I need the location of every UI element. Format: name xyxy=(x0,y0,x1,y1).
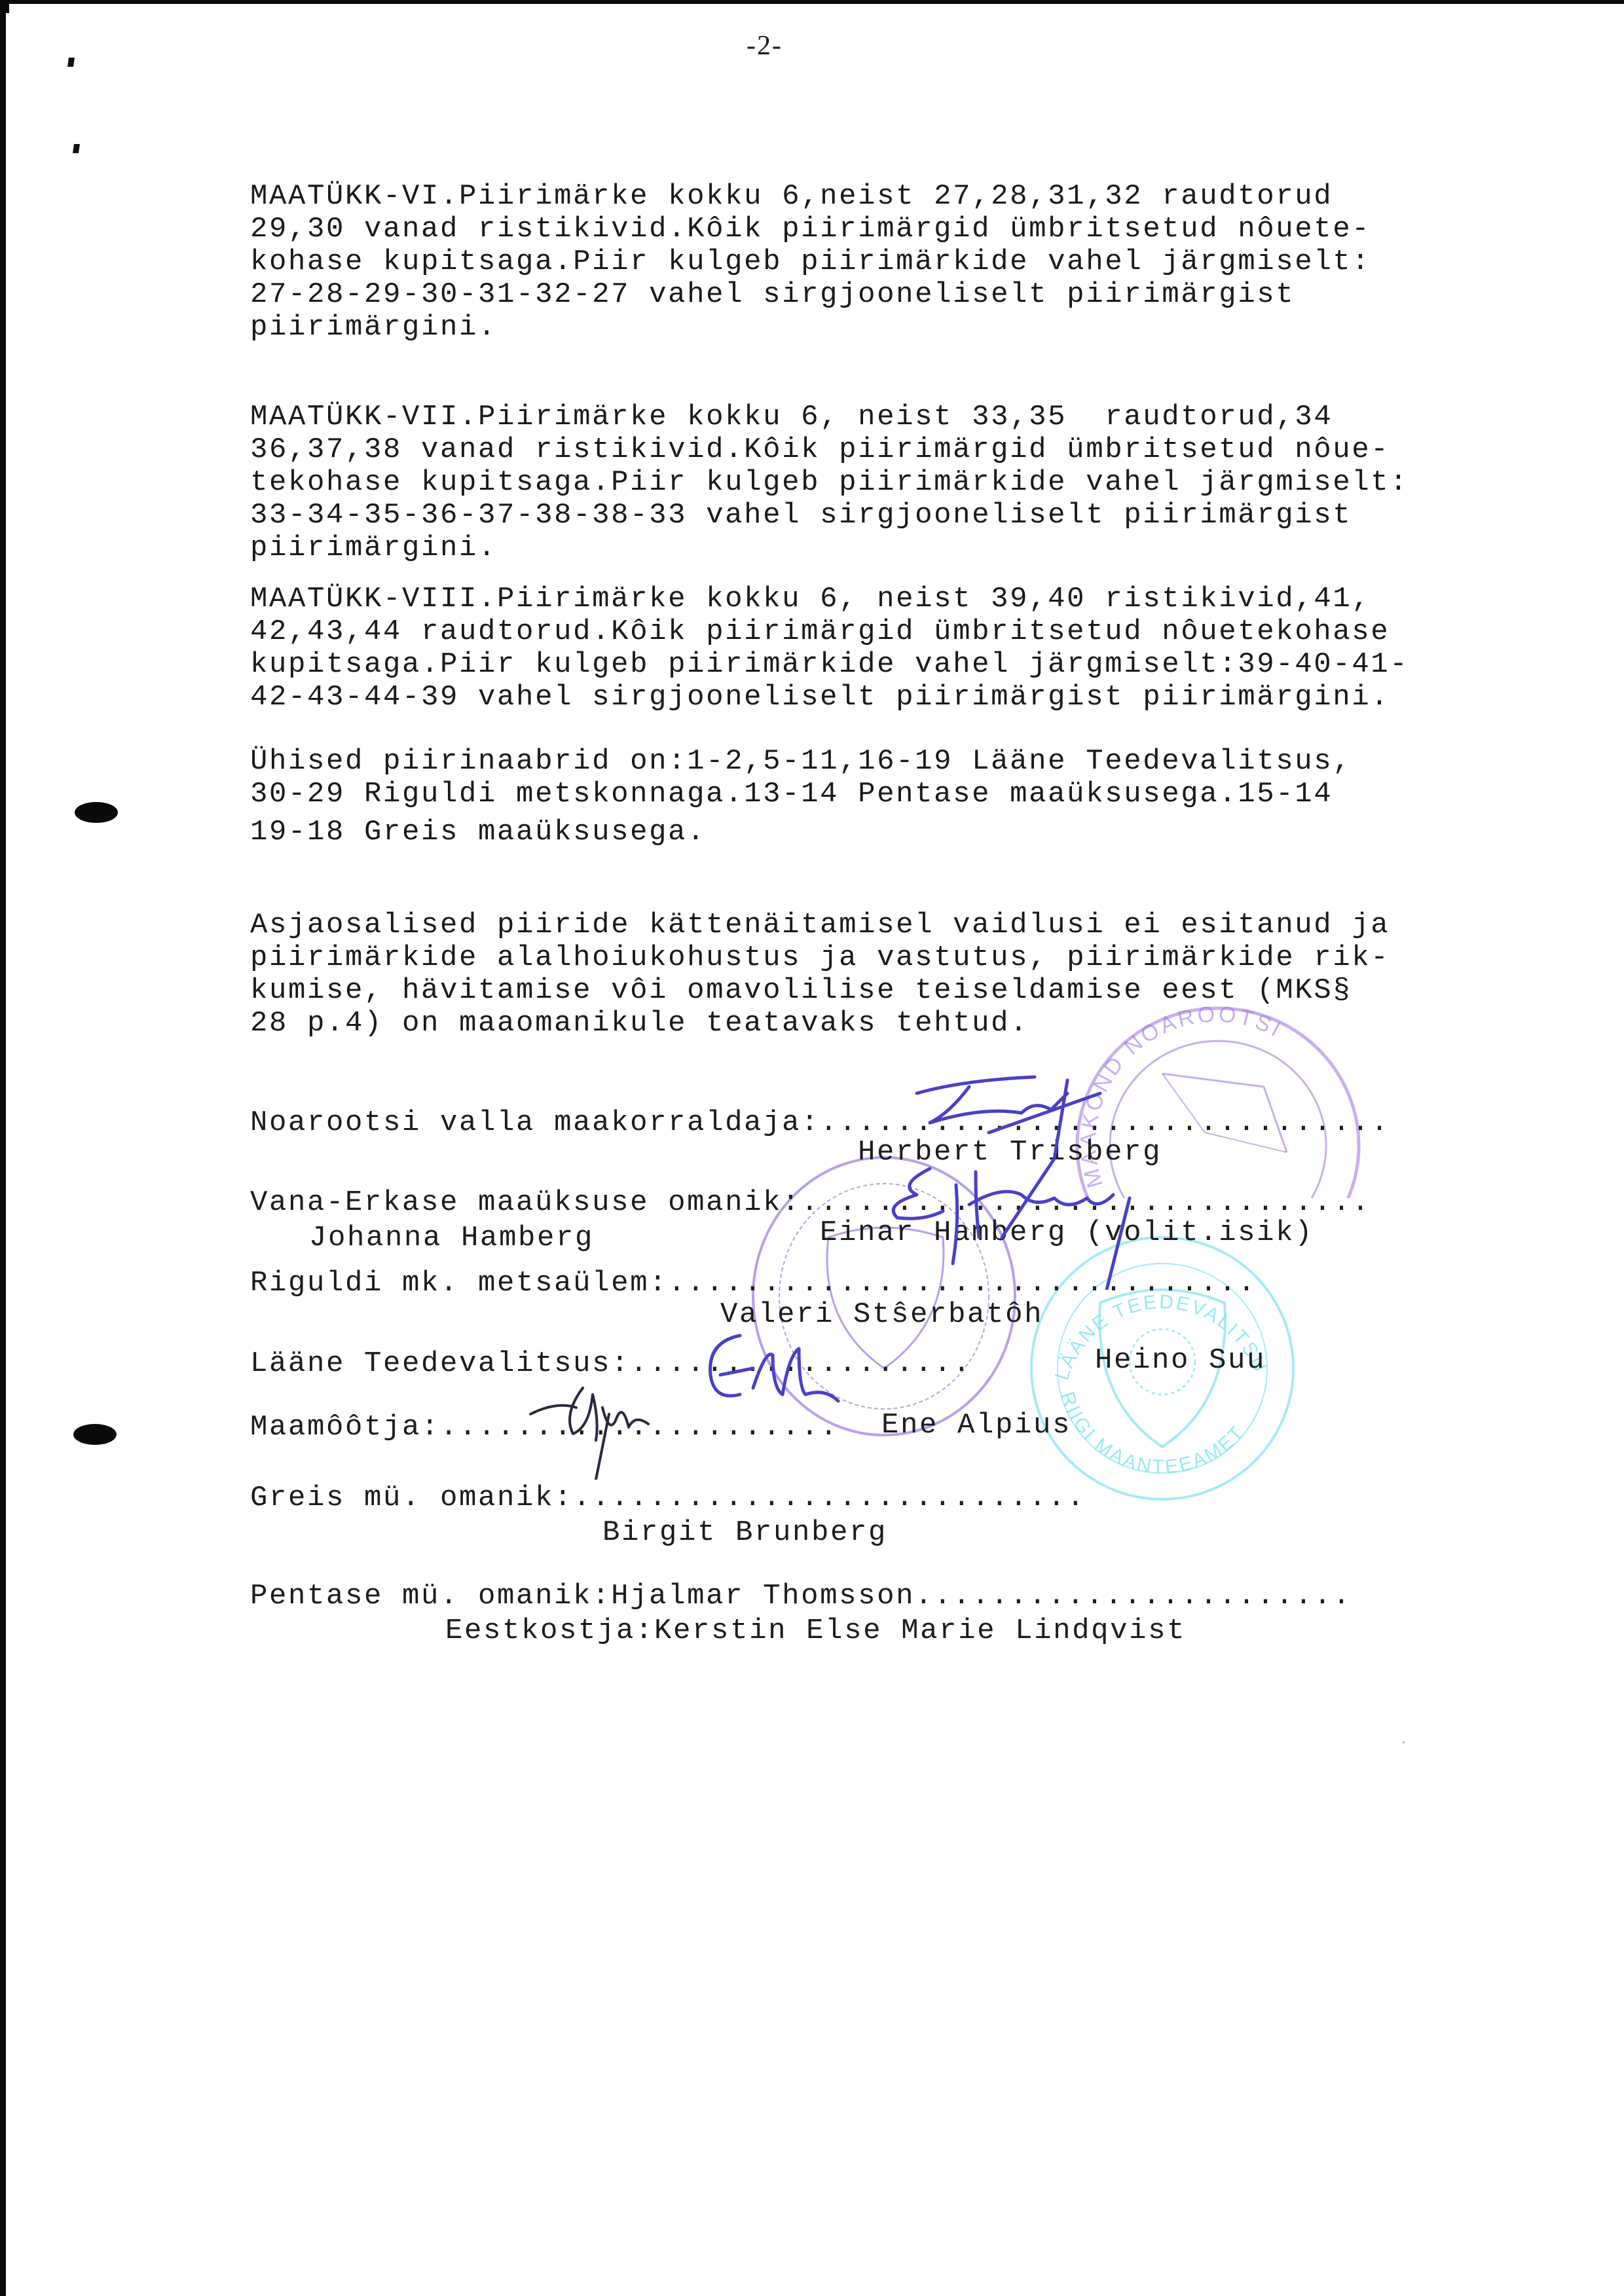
representative-name-einar-hamberg: Einar Hamberg (volit.isik) xyxy=(820,1216,1314,1249)
text-line: piirimärgini. xyxy=(250,532,1409,564)
text-line: MAATÜKK-VII.Piirimärke kokku 6, neist 33… xyxy=(250,401,1409,433)
section-responsibility: Asjaosalised piiride kättenäitamisel vai… xyxy=(250,909,1390,1040)
signature-role-land-surveyor: Maamôôtja:..................... xyxy=(250,1411,839,1444)
page-number: -2- xyxy=(747,30,783,62)
scan-border-left xyxy=(0,0,6,2296)
text-line: piirimärgini. xyxy=(250,311,1371,344)
text-line: 42,43,44 raudtorud.Kôik piirimärgid ümbr… xyxy=(250,615,1409,648)
signature-role-vana-erkase-owner: Vana-Erkase maaüksuse omanik:...........… xyxy=(250,1186,1371,1219)
text-line: kupitsaga.Piir kulgeb piirimärkide vahel… xyxy=(250,648,1409,681)
owner-name-johanna-hamberg: Johanna Hamberg xyxy=(309,1222,594,1254)
punch-hole xyxy=(73,1424,117,1445)
text-line: MAATÜKK-VIII.Piirimärke kokku 6, neist 3… xyxy=(250,583,1409,615)
text-line: kohase kupitsaga.Piir kulgeb piirimärkid… xyxy=(250,246,1371,278)
margin-tick-mark xyxy=(73,144,80,153)
scan-border-top xyxy=(0,0,1624,4)
section-parcel-vii: MAATÜKK-VII.Piirimärke kokku 6, neist 33… xyxy=(250,401,1409,564)
text-line: piirimärkide alalhoiukohustus ja vastutu… xyxy=(250,941,1390,974)
road-stamp-text-bottom: RIIGI MAANTEEAMET xyxy=(1056,1389,1249,1478)
svg-text:RIIGI MAANTEEAMET: RIIGI MAANTEEAMET xyxy=(1056,1389,1249,1478)
text-line: 29,30 vanad ristikivid.Kôik piirimärgid … xyxy=(250,213,1371,246)
margin-tick-mark xyxy=(67,58,75,67)
signature-role-laane-road-administration: Lääne Teedevalitsus:.................. xyxy=(250,1347,972,1380)
punch-hole xyxy=(75,802,118,823)
signature-role-pentase-owner: Pentase mü. omanik:Hjalmar Thomsson.....… xyxy=(250,1580,1352,1613)
text-line: 27-28-29-30-31-32-27 vahel sirgjoonelise… xyxy=(250,278,1371,311)
paper-speck xyxy=(1403,1741,1405,1743)
text-line: Asjaosalised piiride kättenäitamisel vai… xyxy=(250,909,1390,941)
text-line: tekohase kupitsaga.Piir kulgeb piirimärk… xyxy=(250,466,1409,499)
text-line: MAATÜKK-VI.Piirimärke kokku 6,neist 27,2… xyxy=(250,180,1371,213)
text-line: 28 p.4) on maaomanikule teatavaks tehtud… xyxy=(250,1007,1390,1040)
signatory-name-herbert-trisberg: Herbert Trisberg xyxy=(858,1136,1162,1169)
text-line: 36,37,38 vanad ristikivid.Kôik piirimärg… xyxy=(250,433,1409,466)
signatory-name-valeri-stserbatoh: Valeri Stŝerbatôh xyxy=(720,1298,1043,1331)
signatory-name-ene-alpius: Ene Alpius xyxy=(881,1409,1071,1442)
text-line: Ühised piirinaabrid on:1-2,5-11,16-19 Lä… xyxy=(250,745,1352,778)
signature-role-greis-owner: Greis mü. omanik:.......................… xyxy=(250,1482,1086,1514)
section-parcel-viii: MAATÜKK-VIII.Piirimärke kokku 6, neist 3… xyxy=(250,583,1409,714)
guardian-name-kerstin-lindqvist: Eestkostja:Kerstin Else Marie Lindqvist xyxy=(445,1614,1186,1647)
section-parcel-vi: MAATÜKK-VI.Piirimärke kokku 6,neist 27,2… xyxy=(250,180,1371,344)
signature-role-riguldi-forester: Riguldi mk. metsaülem:..................… xyxy=(250,1267,1257,1300)
signatory-name-birgit-brunberg: Birgit Brunberg xyxy=(602,1516,887,1549)
section-common-neighbours: Ühised piirinaabrid on:1-2,5-11,16-19 Lä… xyxy=(250,745,1352,848)
signature-role-municipality-surveyor: Noarootsi valla maakorraldaja:..........… xyxy=(250,1106,1390,1139)
text-line: 19-18 Greis maaüksusega. xyxy=(250,816,1352,848)
scan-corner xyxy=(0,0,9,13)
signatory-name-heino-suu: Heino Suu xyxy=(1095,1344,1266,1377)
text-line: 33-34-35-36-37-38-38-33 vahel sirgjoonel… xyxy=(250,499,1409,532)
text-line: 42-43-44-39 vahel sirgjooneliselt piirim… xyxy=(250,681,1409,714)
text-line: kumise, hävitamise vôi omavolilise teise… xyxy=(250,974,1390,1007)
text-line: 30-29 Riguldi metskonnaga.13-14 Pentase … xyxy=(250,778,1352,811)
